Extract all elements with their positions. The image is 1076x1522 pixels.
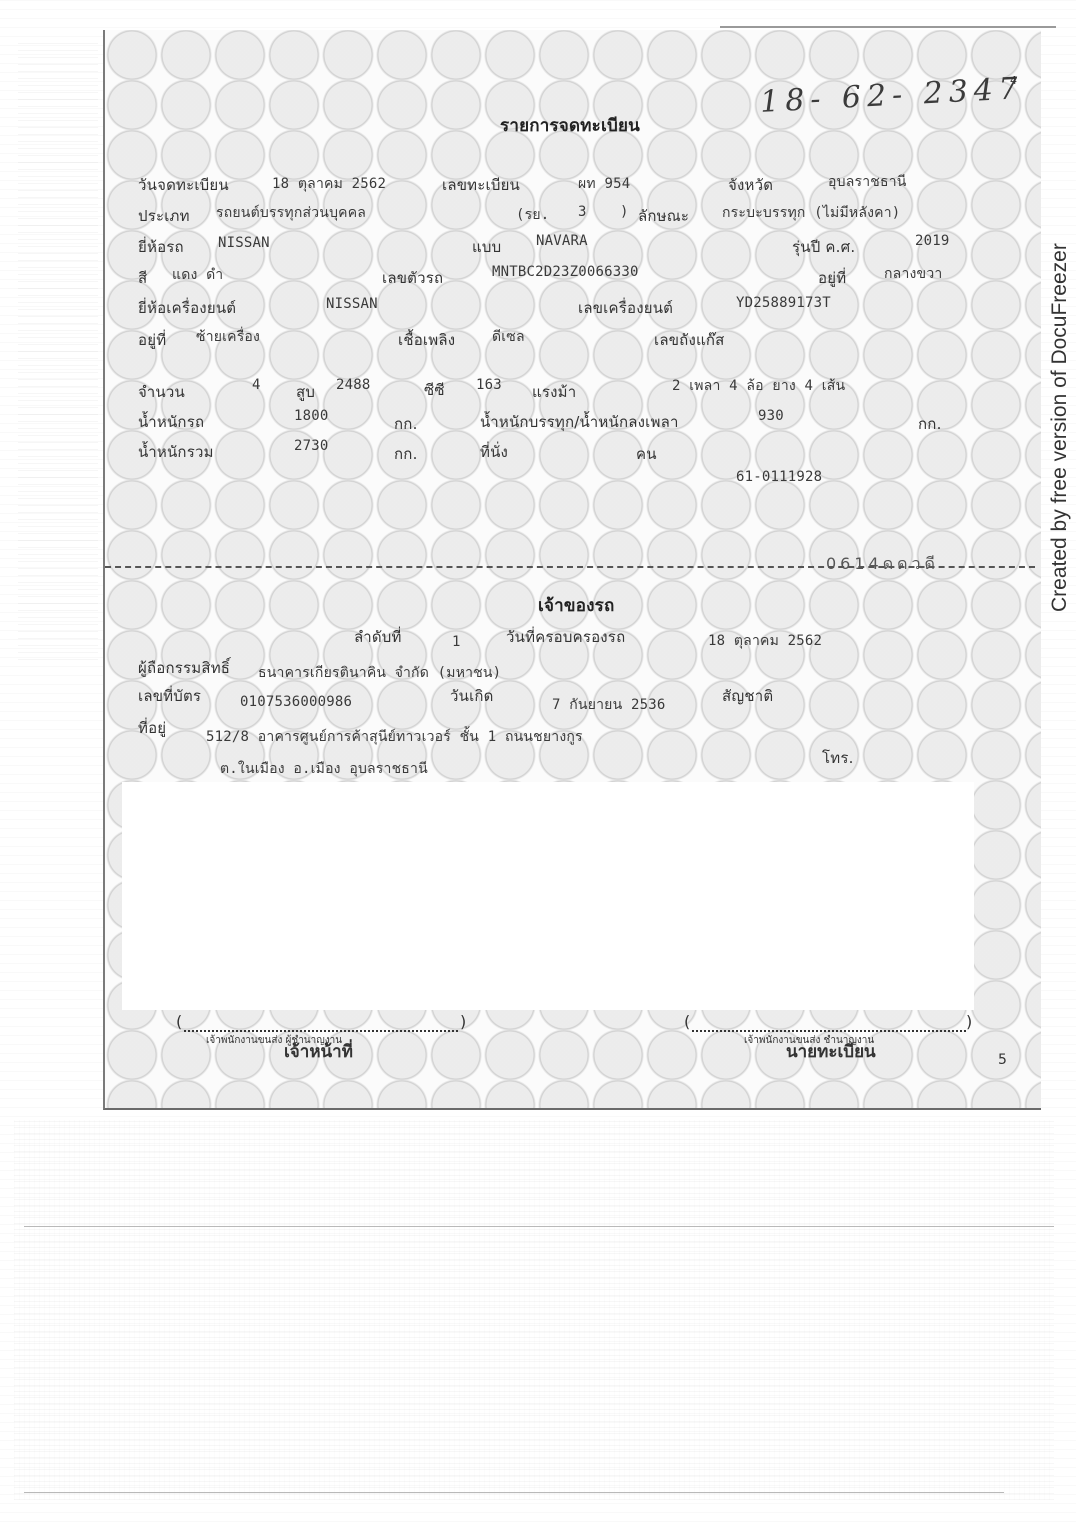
registration-section-title: รายการจดทะเบียน <box>500 112 640 139</box>
scan-lower-noise <box>14 1120 1054 1500</box>
document-number: 61-0111928 <box>736 469 822 485</box>
page-number-bottom: 5 <box>998 1052 1007 1068</box>
dob-value: 7 กันยายน 2536 <box>552 694 666 716</box>
possession-date-value: 18 ตุลาคม 2562 <box>708 630 822 652</box>
load-label: น้ำหนักบรรทุก/น้ำหนักลงเพลา <box>480 410 679 434</box>
model-label: แบบ <box>472 235 501 259</box>
scan-rule <box>24 1226 1054 1227</box>
class-label: (รย. <box>516 204 549 226</box>
left-sig-close-paren: ) <box>460 1012 466 1031</box>
gross-value: 2730 <box>294 438 329 454</box>
holder-label: ผู้ถือกรรมสิทธิ์ <box>138 656 230 680</box>
class-value: 3 <box>578 204 587 220</box>
load-value: 930 <box>758 408 784 424</box>
engine-brand-label: ยี่ห้อเครื่องยนต์ <box>138 296 236 320</box>
province-label: จังหวัด <box>728 173 773 197</box>
right-signature-title: นายทะเบียน <box>786 1038 876 1065</box>
nationality-label: สัญชาติ <box>722 684 773 708</box>
axles-wheels-value: 2 เพลา 4 ล้อ ยาง 4 เส้น <box>672 375 845 397</box>
load-unit: กก. <box>918 412 942 436</box>
color-label: สี <box>138 266 147 290</box>
count-label: จำนวน <box>138 380 185 404</box>
left-sig-open-paren: ( <box>176 1012 182 1031</box>
type-value: รถยนต์บรรทุกส่วนบุคคล <box>216 202 366 224</box>
possession-date-label: วันที่ครอบครองรถ <box>506 625 625 649</box>
page-number-top: 4 <box>1010 74 1017 87</box>
card-top-edge <box>720 26 1056 28</box>
vin-value: MNTBC2D23Z0066330 <box>492 264 639 280</box>
vin-location-value: กลางขวา <box>884 263 942 285</box>
class-close: ) <box>620 204 629 220</box>
gross-unit: กก. <box>394 442 418 466</box>
cylinders-value: 4 <box>252 377 261 393</box>
engine-no-value: YD25889173T <box>736 295 831 311</box>
brand-label: ยี่ห้อรถ <box>138 235 184 259</box>
weight-value: 1800 <box>294 408 329 424</box>
owner-seq-value: 1 <box>452 634 461 650</box>
color-value: แดง ดำ <box>172 264 223 286</box>
dob-label: วันเกิด <box>450 684 494 708</box>
province-value: อุบลราชธานี <box>828 171 907 193</box>
weight-label: น้ำหนักรถ <box>138 410 204 434</box>
address-line2: ต.ในเมือง อ.เมือง อุบลราชธานี <box>220 758 428 780</box>
scan-margin-noise <box>18 40 98 660</box>
id-label: เลขที่บัตร <box>138 684 201 708</box>
id-value: 0107536000986 <box>240 694 352 710</box>
holder-value: ธนาคารเกียรตินาคิน จำกัด (มหาชน) <box>258 662 501 684</box>
right-sig-close-paren: ) <box>966 1012 972 1031</box>
cylinders-unit: สูบ <box>296 380 315 404</box>
left-signature-title: เจ้าหน้าที่ <box>284 1038 353 1065</box>
engine-location-value: ซ้ายเครื่อง <box>196 326 260 348</box>
seats-unit: คน <box>636 442 657 466</box>
address-line1: 512/8 อาคารศูนย์การค้าสุนีย์ทาวเวอร์ ชั้… <box>206 726 583 748</box>
plate-value: ผท 954 <box>578 173 630 195</box>
reg-date-label: วันจดทะเบียน <box>138 173 229 197</box>
left-signature-line <box>184 1022 458 1032</box>
brand-value: NISSAN <box>218 235 270 251</box>
gas-tank-label: เลขถังแก๊ส <box>654 328 724 352</box>
address-label: ที่อยู่ <box>138 716 166 740</box>
right-sig-open-paren: ( <box>684 1012 690 1031</box>
body-value: กระบะบรรทุก (ไม่มีหลังคา) <box>722 202 900 224</box>
hp-value: 163 <box>476 377 502 393</box>
vin-label: เลขตัวรถ <box>382 266 443 290</box>
year-label: รุ่นปี ค.ศ. <box>792 235 855 259</box>
owner-seq-label: ลำดับที่ <box>354 625 402 649</box>
phone-label: โทร. <box>822 746 854 770</box>
redacted-region <box>122 782 974 1010</box>
perforation-digits: 0614ดดวดี <box>826 552 939 577</box>
type-label: ประเภท <box>138 204 190 228</box>
body-label: ลักษณะ <box>638 204 689 228</box>
engine-location-label: อยู่ที่ <box>138 328 166 352</box>
cc-value: 2488 <box>336 377 371 393</box>
gross-label: น้ำหนักรวม <box>138 440 214 464</box>
hp-unit: แรงม้า <box>532 380 576 404</box>
owner-section-title: เจ้าของรถ <box>538 592 614 619</box>
fuel-label: เชื้อเพลิง <box>398 328 455 352</box>
weight-unit: กก. <box>394 412 418 436</box>
right-signature-line <box>692 1022 966 1032</box>
model-value: NAVARA <box>536 233 588 249</box>
reg-date-value: 18 ตุลาคม 2562 <box>272 173 386 195</box>
vin-location-label: อยู่ที่ <box>818 266 846 290</box>
plate-label: เลขทะเบียน <box>442 173 520 197</box>
engine-no-label: เลขเครื่องยนต์ <box>578 296 673 320</box>
fuel-value: ดีเซล <box>492 326 525 348</box>
engine-brand-value: NISSAN <box>326 296 378 312</box>
scan-rule <box>24 1492 1004 1493</box>
docufreezer-watermark: Created by free version of DocuFreezer <box>1048 243 1072 612</box>
cc-unit: ซีซี <box>424 378 445 402</box>
year-value: 2019 <box>915 233 950 249</box>
seats-label: ที่นั่ง <box>480 440 508 464</box>
